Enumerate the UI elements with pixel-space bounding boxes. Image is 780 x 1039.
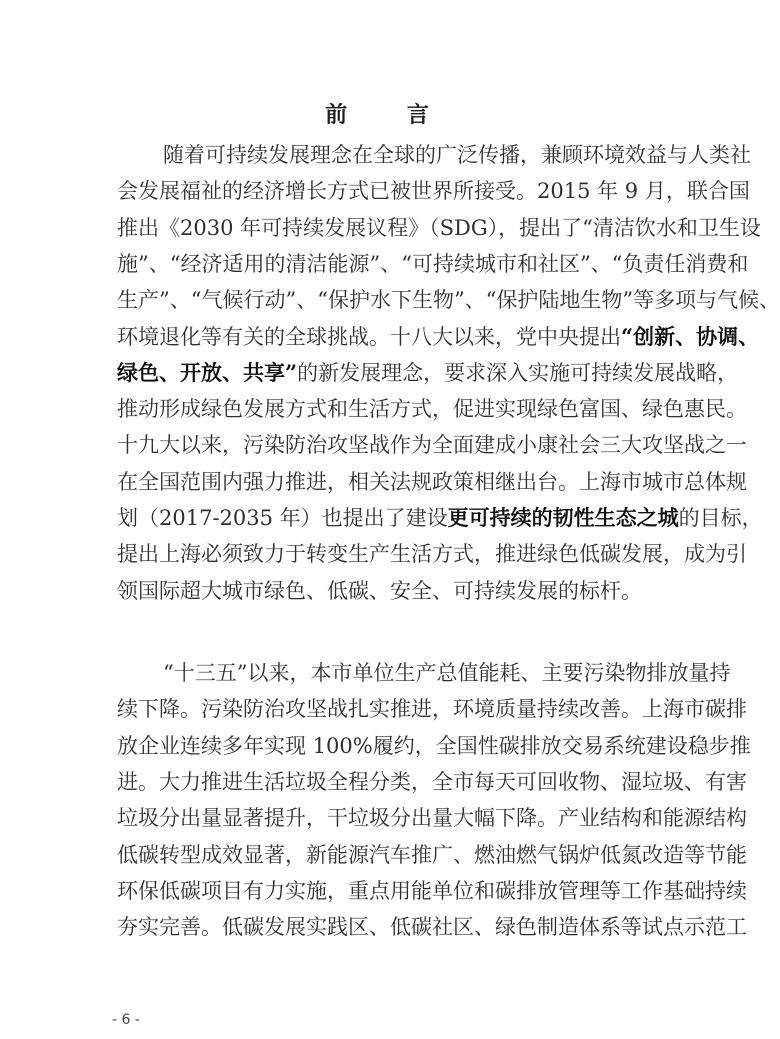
- paragraph-1-line: 十九大以来，污染防治攻坚战作为全面建成小康社会三大攻坚战之一: [117, 430, 673, 460]
- text-segment: 的新发展理念，要求深入实施可持续发展战略，: [297, 361, 738, 385]
- paragraph-2-line: “十三五”以来，本市单位生产总值能耗、主要污染物排放量持: [163, 658, 673, 688]
- paragraph-2-line: 环保低碳项目有力实施，重点用能单位和碳排放管理等工作基础持续: [117, 876, 673, 906]
- paragraph-1-line: 随着可持续发展理念在全球的广泛传播，兼顾环境效益与人类社: [163, 140, 673, 170]
- paragraph-1-line: 推出《2030 年可持续发展议程》（SDG），提出了“清洁饮水和卫生设: [117, 213, 673, 243]
- text-segment: “十三五”以来，本市单位生产总值能耗、主要污染物排放量持: [163, 661, 730, 685]
- text-segment: 推出《2030 年可持续发展议程》（SDG），提出了“清洁饮水和卫生设: [117, 216, 761, 240]
- paragraph-2-line: 放企业连续多年实现 100%履约，全国性碳排放交易系统建设稳步推: [117, 731, 673, 761]
- paragraph-1-line: 绿色、开放、共享”的新发展理念，要求深入实施可持续发展战略，: [117, 358, 673, 388]
- text-segment: 提出上海必须致力于转变生产生活方式，推进绿色低碳发展，成为引: [117, 542, 747, 566]
- bold-text: “创新、协调、: [621, 324, 759, 349]
- document-page: 前 言 随着可持续发展理念在全球的广泛传播，兼顾环境效益与人类社会发展福祉的经济…: [0, 0, 780, 1039]
- text-segment: 的目标，: [679, 506, 763, 530]
- text-segment: 放企业连续多年实现 100%履约，全国性碳排放交易系统建设稳步推: [117, 734, 751, 758]
- text-segment: 垃圾分出量显著提升，干垃圾分出量大幅下降。产业结构和能源结构: [117, 806, 747, 830]
- text-segment: 会发展福祉的经济增长方式已被世界所接受。2015 年 9 月，联合国: [117, 179, 750, 203]
- paragraph-1-line: 划（2017-2035 年）也提出了建设更可持续的韧性生态之城的目标，: [117, 503, 673, 533]
- bold-text: 绿色、开放、共享”: [117, 360, 297, 385]
- text-segment: 环境退化等有关的全球挑战。十八大以来，党中央提出: [117, 325, 621, 349]
- paragraph-1-line: 生产”、“气候行动”、“保护水下生物”、“保护陆地生物”等多项与气候、: [117, 285, 673, 315]
- text-segment: 随着可持续发展理念在全球的广泛传播，兼顾环境效益与人类社: [163, 143, 751, 167]
- text-segment: 进。大力推进生活垃圾全程分类，全市每天可回收物、湿垃圾、有害: [117, 770, 747, 794]
- text-segment: 低碳转型成效显著，新能源汽车推广、燃油燃气锅炉低氮改造等节能: [117, 843, 747, 867]
- paragraph-1-line: 施”、“经济适用的清洁能源”、“可持续城市和社区”、“负责任消费和: [117, 249, 673, 279]
- text-segment: 夯实完善。低碳发展实践区、低碳社区、绿色制造体系等试点示范工: [117, 915, 747, 939]
- text-segment: 推动形成绿色发展方式和生活方式，促进实现绿色富国、绿色惠民。: [117, 397, 747, 421]
- text-segment: 领国际超大城市绿色、低碳、安全、可持续发展的标杆。: [117, 579, 642, 603]
- paragraph-2-line: 续下降。污染防治攻坚战扎实推进，环境质量持续改善。上海市碳排: [117, 694, 673, 724]
- text-segment: 划（2017-2035 年）也提出了建设: [117, 506, 448, 530]
- text-segment: 环保低碳项目有力实施，重点用能单位和碳排放管理等工作基础持续: [117, 879, 747, 903]
- text-segment: 在全国范围内强力推进，相关法规政策相继出台。上海市城市总体规: [117, 470, 747, 494]
- paragraph-1-line: 推动形成绿色发展方式和生活方式，促进实现绿色富国、绿色惠民。: [117, 394, 673, 424]
- text-segment: 续下降。污染防治攻坚战扎实推进，环境质量持续改善。上海市碳排: [117, 697, 747, 721]
- text-segment: 施”、“经济适用的清洁能源”、“可持续城市和社区”、“负责任消费和: [117, 252, 748, 276]
- paragraph-1-line: 环境退化等有关的全球挑战。十八大以来，党中央提出“创新、协调、: [117, 322, 673, 352]
- text-segment: 生产”、“气候行动”、“保护水下生物”、“保护陆地生物”等多项与气候、: [117, 288, 780, 312]
- paragraph-2-line: 低碳转型成效显著，新能源汽车推广、燃油燃气锅炉低氮改造等节能: [117, 840, 673, 870]
- paragraph-2-line: 进。大力推进生活垃圾全程分类，全市每天可回收物、湿垃圾、有害: [117, 767, 673, 797]
- paragraph-1-line: 提出上海必须致力于转变生产生活方式，推进绿色低碳发展，成为引: [117, 539, 673, 569]
- bold-text: 更可持续的韧性生态之城: [448, 505, 679, 530]
- paragraph-1-line: 会发展福祉的经济增长方式已被世界所接受。2015 年 9 月，联合国: [117, 176, 673, 206]
- text-segment: 十九大以来，污染防治攻坚战作为全面建成小康社会三大攻坚战之一: [117, 433, 747, 457]
- paragraph-1-line: 在全国范围内强力推进，相关法规政策相继出台。上海市城市总体规: [117, 467, 673, 497]
- paragraph-1-line: 领国际超大城市绿色、低碳、安全、可持续发展的标杆。: [117, 576, 673, 606]
- page-title: 前 言: [0, 98, 780, 129]
- paragraph-2-line: 垃圾分出量显著提升，干垃圾分出量大幅下降。产业结构和能源结构: [117, 803, 673, 833]
- page-number: - 6 -: [112, 1012, 140, 1028]
- paragraph-2-line: 夯实完善。低碳发展实践区、低碳社区、绿色制造体系等试点示范工: [117, 912, 673, 942]
